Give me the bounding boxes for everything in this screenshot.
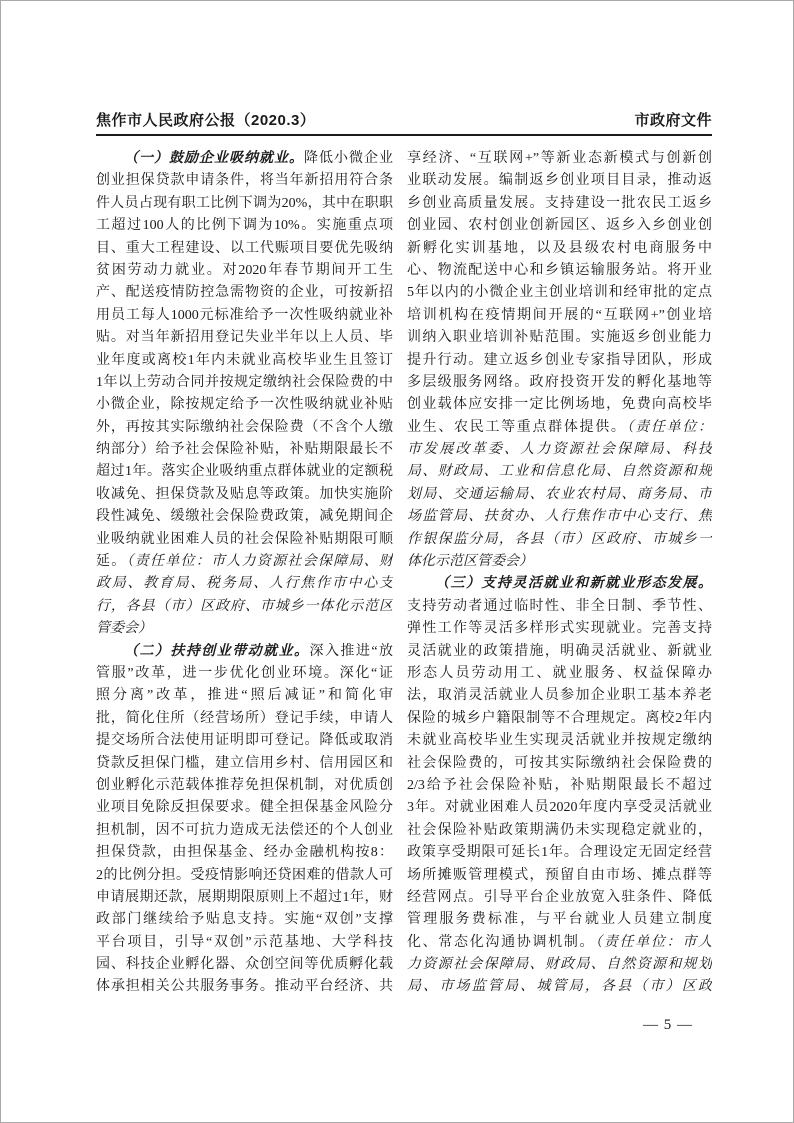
- right-column: 享经济、“互联网+”等新业态新模式与创新创业联动发展。编制返乡创业项目目录，推动…: [407, 148, 712, 999]
- text-line: 多层级服务网络。政府投资开发的孵化基地等: [407, 372, 712, 394]
- text-line: 社会保险补贴政策期满仍未实现稳定就业的，: [407, 820, 712, 842]
- article-body: （一）鼓励企业吸纳就业。降低小微企业创业担保贷款申请条件，将当年新招用符合条件人…: [96, 148, 712, 999]
- text-line: 业年度或离校1年内未就业高校毕业生且签订: [96, 350, 393, 372]
- text-line: 贫困劳动力就业。对2020年春节期间开工生: [96, 260, 393, 282]
- text-line: 超过1年。落实企业吸纳重点群体就业的定额税: [96, 461, 393, 483]
- header-rule: [96, 134, 712, 136]
- text-line: 经营网点。引导平台企业放宽入驻条件、降低: [407, 887, 712, 909]
- text-line: 作银保监分局，各县（市）区政府、市城乡一: [407, 529, 712, 551]
- text-line: 业生、农民工等重点群体提供。（责任单位：: [407, 417, 712, 439]
- text-line: 法，取消灵活就业人员参加企业职工基本养老: [407, 685, 712, 707]
- text-line: 政策享受期限可延长1年。合理设定无固定经营: [407, 842, 712, 864]
- text-line: 培训机构在疫情期间开展的“互联网+”创业培: [407, 305, 712, 327]
- text-line: 社会保险费的，可按其实际缴纳社会保险费的: [407, 753, 712, 775]
- text-line: 目、重大工程建设、以工代赈项目要优先吸纳: [96, 238, 393, 260]
- text-line: 提升行动。建立返乡创业专家指导团队，形成: [407, 350, 712, 372]
- text-line: 心、物流配送中心和乡镇运输服务站。将开业: [407, 260, 712, 282]
- text-line: 段性减免、缓缴社会保险费政策，减免期间企: [96, 506, 393, 528]
- text-line: 1年以上劳动合同并按规定缴纳社会保险费的中: [96, 372, 393, 394]
- text-line: 小微企业，除按规定给予一次性吸纳就业补贴: [96, 394, 393, 416]
- text-line: （三）支持灵活就业和新就业形态发展。: [407, 573, 712, 595]
- text-line: （一）鼓励企业吸纳就业。降低小微企业: [96, 148, 393, 170]
- text-line: 管理服务费标准，与平台就业人员建立制度: [407, 909, 712, 931]
- text-line: 创业载体应安排一定比例场地，免费向高校毕: [407, 394, 712, 416]
- text-line: 外，再按其实际缴纳社会保险费（不含个人缴: [96, 417, 393, 439]
- text-line: 政部门继续给予贴息支持。实施“双创”支撑: [96, 909, 393, 931]
- text-line: 保险的城乡户籍限制等不合理规定。离校2年内: [407, 708, 712, 730]
- text-line: 2的比例分担。受疫情影响还贷困难的借款人可: [96, 865, 393, 887]
- text-line: 灵活就业的政策措施，明确灵活就业、新就业: [407, 641, 712, 663]
- left-column: （一）鼓励企业吸纳就业。降低小微企业创业担保贷款申请条件，将当年新招用符合条件人…: [96, 148, 393, 999]
- text-line: 训纳入职业培训补贴范围。实施返乡创业能力: [407, 327, 712, 349]
- text-line: 政局、教育局、税务局、人行焦作市中心支: [96, 573, 393, 595]
- text-line: 创业孵化示范载体推荐免担保机制，对优质创: [96, 775, 393, 797]
- text-line: 管服”改革，进一步优化创业环境。深化“证: [96, 663, 393, 685]
- text-line: 提交场所合法使用证明即可登记。降低或取消: [96, 730, 393, 752]
- text-line: 照分离”改革，推进“照后减证”和简化审: [96, 685, 393, 707]
- text-line: 用员工每人1000元标准给予一次性吸纳就业补: [96, 305, 393, 327]
- text-line: 局、财政局、工业和信息化局、自然资源和规: [407, 461, 712, 483]
- text-line: 件人员占现有职工比例下调为20%，其中在职职: [96, 193, 393, 215]
- text-line: 贷款反担保门槛，建立信用乡村、信用园区和: [96, 753, 393, 775]
- text-line: （二）扶持创业带动就业。深入推进“放: [96, 641, 393, 663]
- text-line: 形态人员劳动用工、就业服务、权益保障办: [407, 663, 712, 685]
- text-line: 担机制，因不可抗力造成无法偿还的个人创业: [96, 820, 393, 842]
- text-line: 纳部分）给予社会保险补贴，补贴期限最长不: [96, 439, 393, 461]
- text-line: 局、市场监管局、城管局，各县（市）区政: [407, 976, 712, 998]
- text-line: 园、科技企业孵化器、众创空间等优质孵化载: [96, 954, 393, 976]
- text-line: 化、常态化沟通协调机制。（责任单位：市人: [407, 932, 712, 954]
- text-line: 体承担相关公共服务事务。推动平台经济、共: [96, 976, 393, 998]
- text-line: 场监管局、扶贫办、人行焦作市中心支行、焦: [407, 506, 712, 528]
- text-line: 担保贷款，由担保基金、经办金融机构按8：: [96, 842, 393, 864]
- text-line: 体化示范区管委会）: [407, 551, 712, 573]
- text-line: 享经济、“互联网+”等新业态新模式与创新创: [407, 148, 712, 170]
- text-line: 管委会）: [96, 618, 393, 640]
- text-line: 产、配送疫情防控急需物资的企业，可按新招: [96, 282, 393, 304]
- text-line: 弹性工作等灵活多样形式实现就业。完善支持: [407, 618, 712, 640]
- text-line: 批，简化住所（经营场所）登记手续，申请人: [96, 708, 393, 730]
- gazette-page: 焦作市人民政府公报（2020.3） 市政府文件 （一）鼓励企业吸纳就业。降低小微…: [0, 0, 794, 1123]
- text-line: 创业担保贷款申请条件，将当年新招用符合条: [96, 170, 393, 192]
- text-line: 贴。对当年新招用登记失业半年以上人员、毕: [96, 327, 393, 349]
- text-line: 3年。对就业困难人员2020年度内享受灵活就业: [407, 797, 712, 819]
- text-line: 市发展改革委、人力资源社会保障局、科技: [407, 439, 712, 461]
- text-line: 5年以内的小微企业主创业培训和经审批的定点: [407, 282, 712, 304]
- text-line: 业项目免除反担保要求。健全担保基金风险分: [96, 797, 393, 819]
- text-line: 力资源社会保障局、财政局、自然资源和规划: [407, 954, 712, 976]
- page-number: — 5 —: [643, 1017, 693, 1033]
- text-line: 行，各县（市）区政府、市城乡一体化示范区: [96, 596, 393, 618]
- text-line: 新孵化实训基地，以及县级农村电商服务中: [407, 238, 712, 260]
- text-line: 延。（责任单位：市人力资源社会保障局、财: [96, 551, 393, 573]
- text-line: 业吸纳就业困难人员的社会保险补贴期限可顺: [96, 529, 393, 551]
- text-line: 工超过100人的比例下调为10%。实施重点项: [96, 215, 393, 237]
- document-type-label: 市政府文件: [634, 109, 712, 130]
- text-line: 收减免、担保贷款及贴息等政策。加快实施阶: [96, 484, 393, 506]
- text-line: 未就业高校毕业生实现灵活就业并按规定缴纳: [407, 730, 712, 752]
- text-line: 创业园、农村创业创新园区、返乡入乡创业创: [407, 215, 712, 237]
- text-line: 平台项目，引导“双创”示范基地、大学科技: [96, 932, 393, 954]
- page-header: 焦作市人民政府公报（2020.3） 市政府文件: [96, 109, 712, 130]
- gazette-title: 焦作市人民政府公报（2020.3）: [96, 109, 315, 130]
- text-line: 申请展期还款，展期期限原则上不超过1年，财: [96, 887, 393, 909]
- text-line: 支持劳动者通过临时性、非全日制、季节性、: [407, 596, 712, 618]
- text-line: 划局、交通运输局、农业农村局、商务局、市: [407, 484, 712, 506]
- text-line: 2/3给予社会保险补贴，补贴期限最长不超过: [407, 775, 712, 797]
- text-line: 场所摊贩管理模式，预留自由市场、摊点群等: [407, 865, 712, 887]
- text-line: 业联动发展。编制返乡创业项目目录，推动返: [407, 170, 712, 192]
- text-line: 乡创业高质量发展。支持建设一批农民工返乡: [407, 193, 712, 215]
- page-footer: — 5 —: [643, 1015, 693, 1035]
